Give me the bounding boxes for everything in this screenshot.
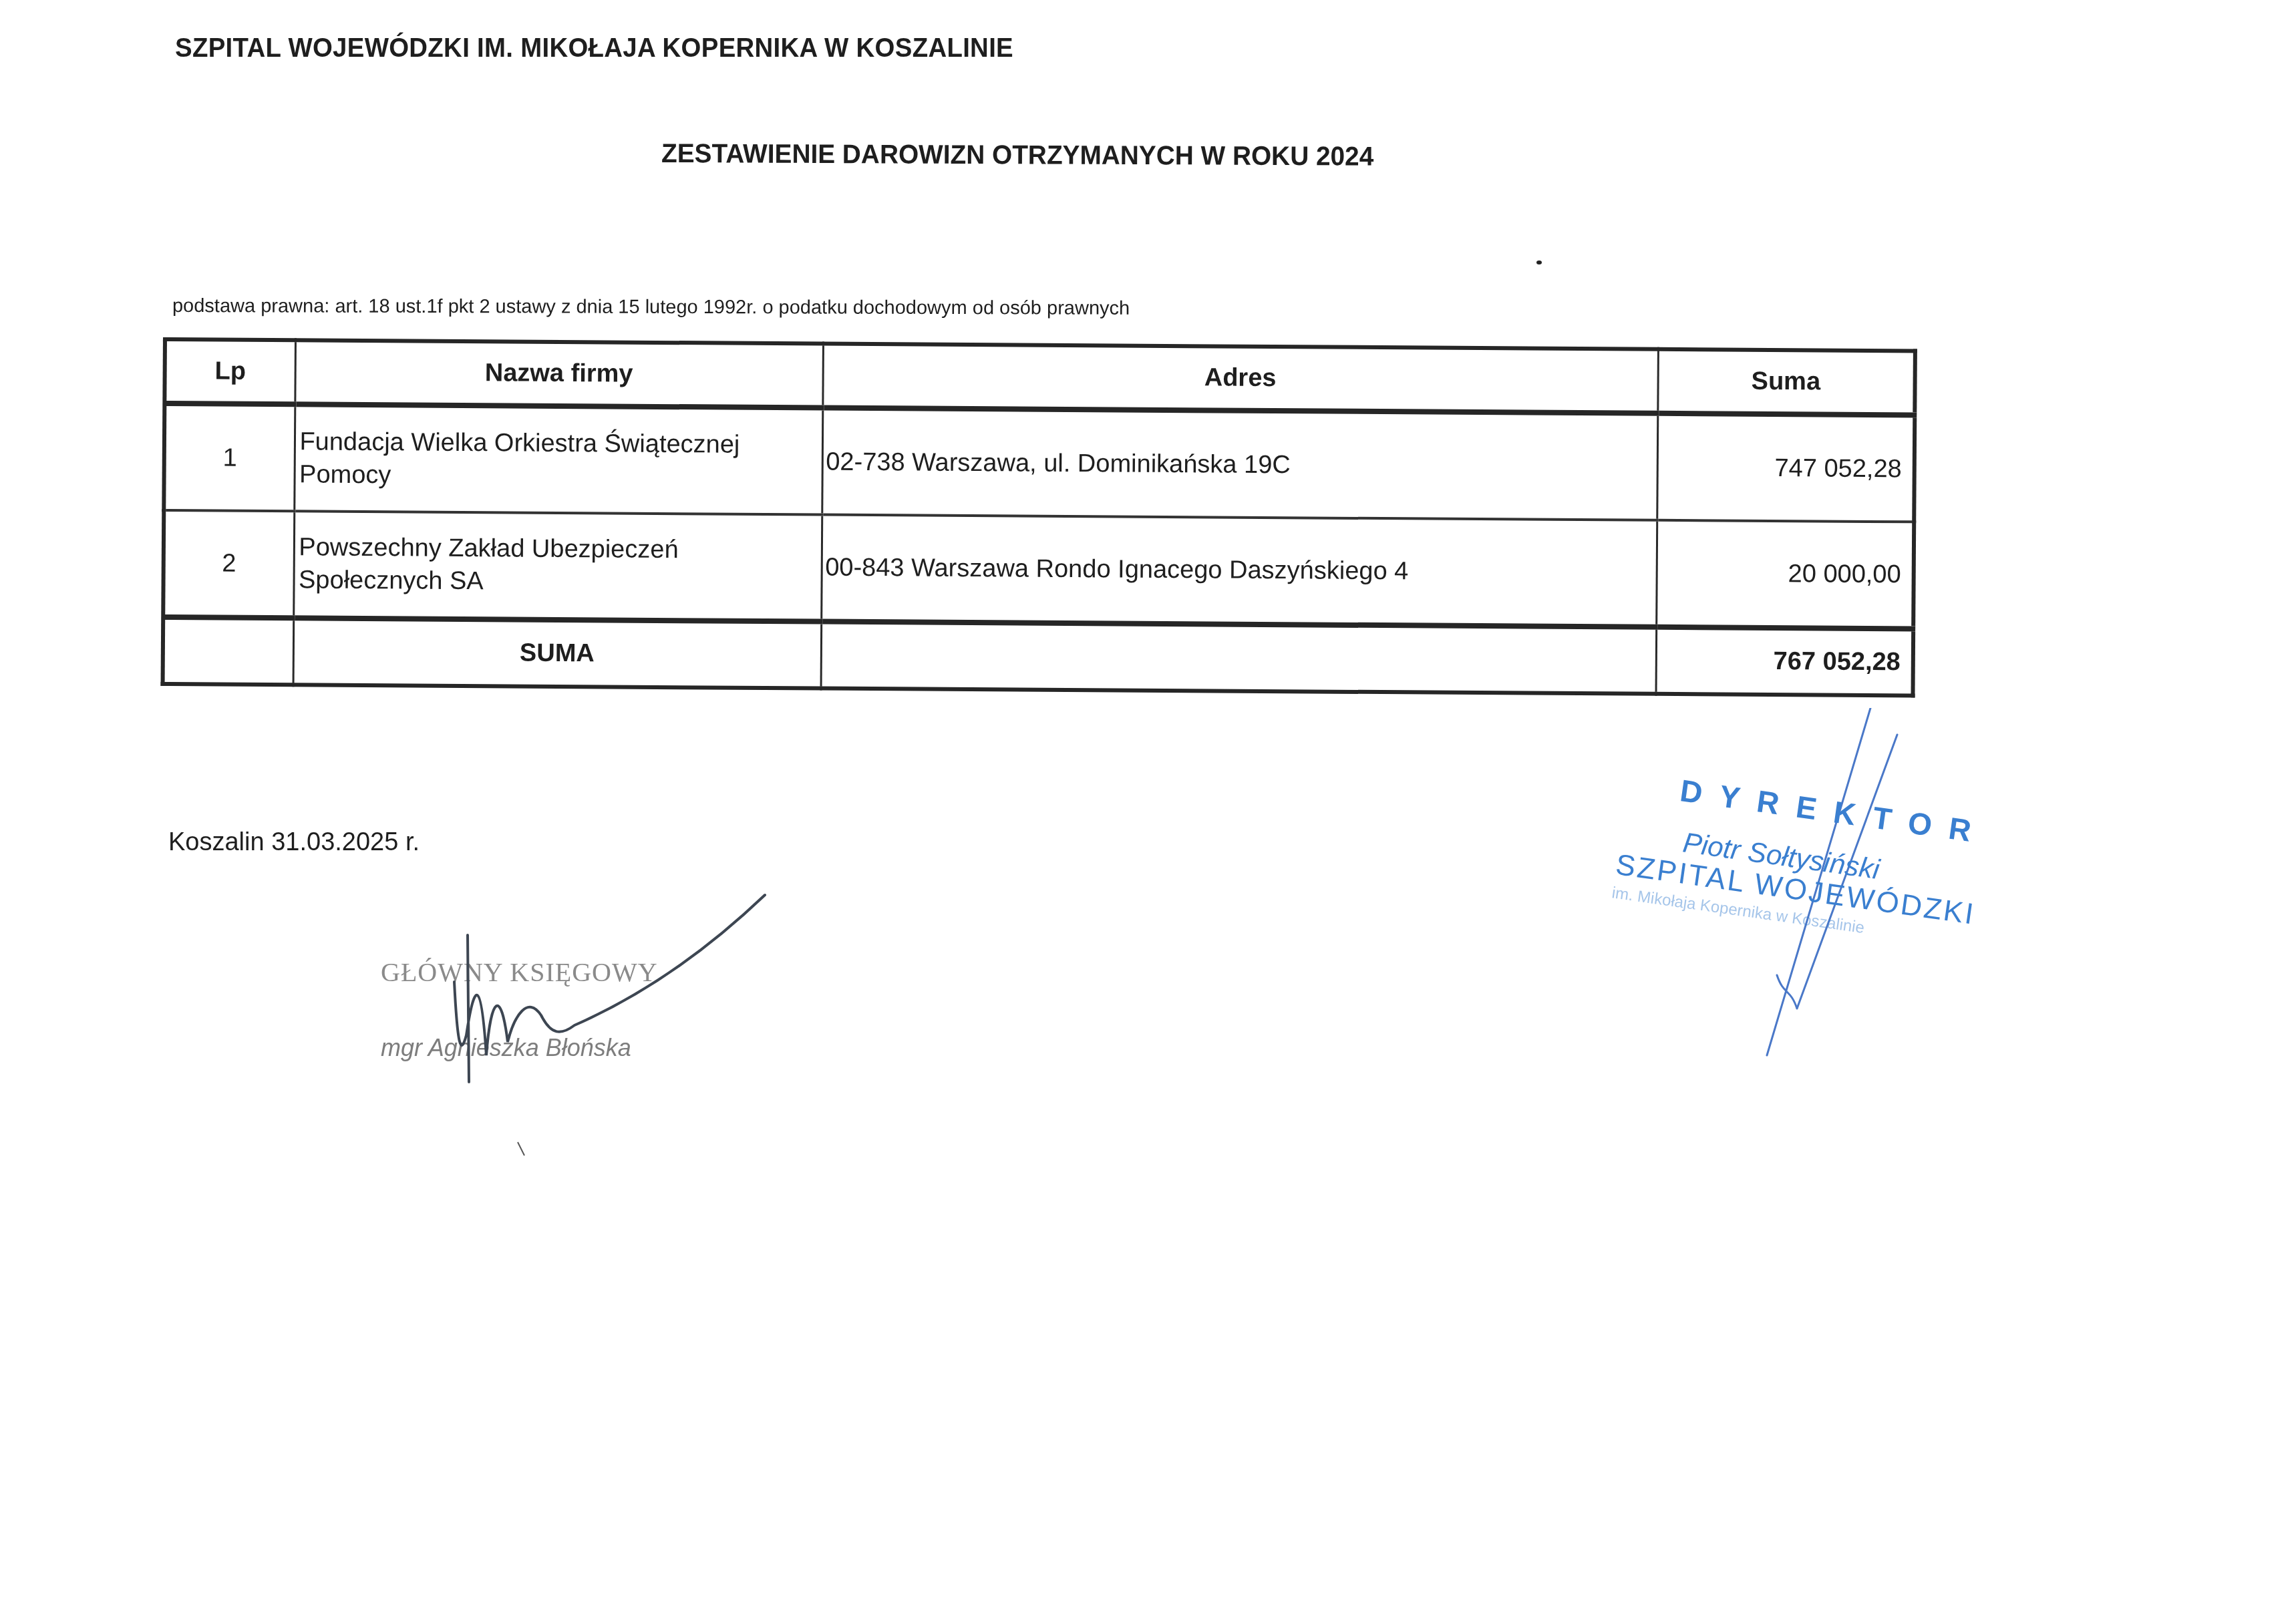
- cell-company-name: Powszechny Zakład Ubezpieczeń Społecznyc…: [293, 511, 822, 621]
- cell-address: 02-738 Warszawa, ul. Dominikańska 19C: [822, 408, 1657, 520]
- header-company-name: Nazwa firmy: [295, 340, 823, 407]
- legal-basis: podstawa prawna: art. 18 ust.1f pkt 2 us…: [172, 295, 1130, 320]
- cell-lp: 1: [164, 403, 295, 511]
- cell-address: 00-843 Warszawa Rondo Ignacego Daszyński…: [821, 515, 1657, 627]
- cell-amount: 20 000,00: [1656, 520, 1914, 629]
- director-stamp: DYREKTOR Piotr Sołtysiński SZPITAL WOJEW…: [1602, 765, 2000, 1015]
- document-title: ZESTAWIENIE DAROWIZN OTRZYMANYCH W ROKU …: [661, 139, 1374, 172]
- cell-empty: [163, 617, 294, 685]
- table-total-row: SUMA 767 052,28: [163, 617, 1914, 695]
- table-row: 2 Powszechny Zakład Ubezpieczeń Społeczn…: [163, 510, 1914, 629]
- cell-amount: 747 052,28: [1657, 413, 1915, 522]
- table-row: 1 Fundacja Wielka Orkiestra Świątecznej …: [164, 403, 1915, 522]
- header-lp: Lp: [164, 339, 295, 404]
- donations-table: Lp Nazwa firmy Adres Suma 1 Fundacja Wie…: [161, 337, 1917, 697]
- header-address: Adres: [822, 344, 1658, 413]
- total-amount: 767 052,28: [1656, 627, 1914, 696]
- place-and-date: Koszalin 31.03.2025 r.: [168, 828, 420, 857]
- chief-accountant-signature-icon: [428, 882, 775, 1162]
- cell-company-name: Fundacja Wielka Orkiestra Świątecznej Po…: [294, 404, 822, 514]
- hospital-name: SZPITAL WOJEWÓDZKI IM. MIKOŁAJA KOPERNIK…: [175, 33, 1013, 63]
- scan-speck: [1536, 260, 1542, 264]
- total-label: SUMA: [293, 618, 822, 688]
- cell-lp: 2: [163, 510, 294, 618]
- header-amount: Suma: [1657, 349, 1915, 415]
- cell-empty: [821, 622, 1657, 694]
- table-header-row: Lp Nazwa firmy Adres Suma: [164, 339, 1915, 415]
